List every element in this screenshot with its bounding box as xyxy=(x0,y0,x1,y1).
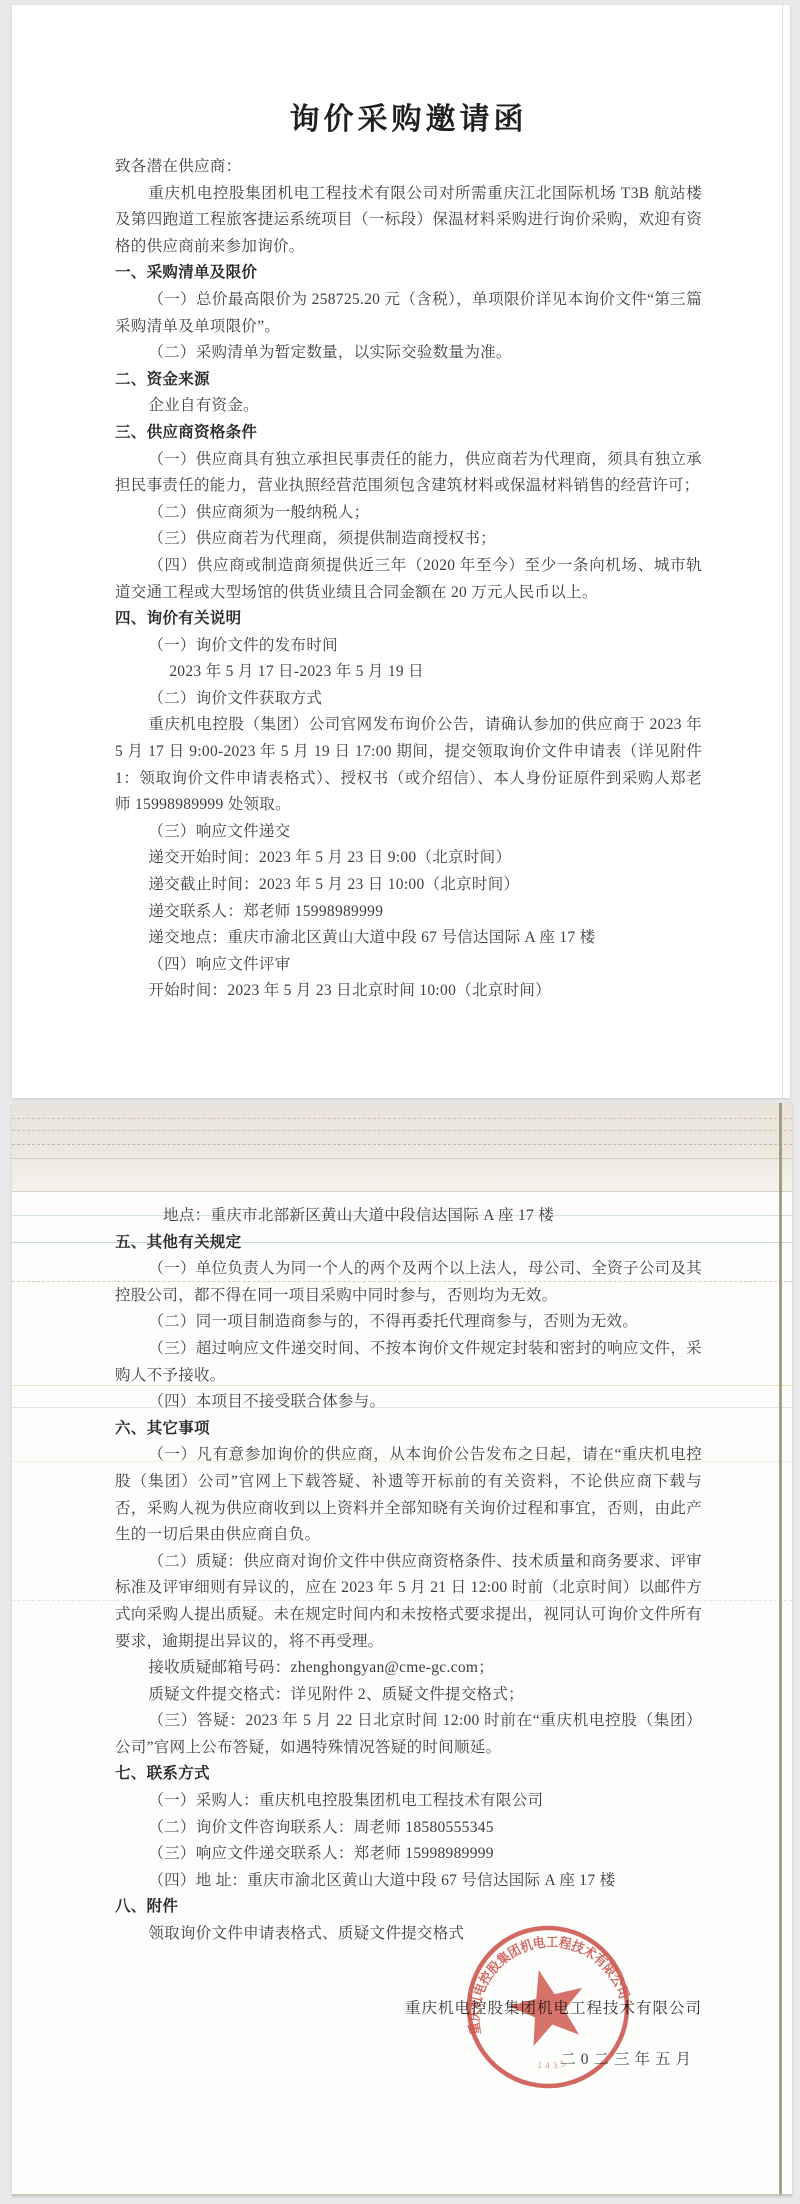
paragraph: （三）答疑：2023 年 5 月 22 日北京时间 12:00 时前在“重庆机电… xyxy=(115,1708,702,1761)
paragraph: （一）凡有意参加询价的供应商，从本询价公告发布之日起，请在“重庆机电控股（集团）… xyxy=(115,1442,702,1548)
section-heading: 六、其它事项 xyxy=(115,1416,702,1443)
paragraph: （四）本项目不接受联合体参与。 xyxy=(115,1389,702,1416)
paragraph: （二）质疑：供应商对询价文件中供应商资格条件、技术质量和商务要求、评审标准及评审… xyxy=(115,1549,702,1655)
page-1-content: 询价采购邀请函致各潜在供应商：重庆机电控股集团机电工程技术有限公司对所需重庆江北… xyxy=(12,5,790,1005)
paragraph: （四）地 址：重庆市渝北区黄山大道中段 67 号信达国际 A 座 17 楼 xyxy=(115,1868,702,1895)
paragraph: 递交联系人：郑老师 15998989999 xyxy=(115,899,702,926)
paragraph: 开始时间：2023 年 5 月 23 日北京时间 10:00（北京时间） xyxy=(115,978,702,1005)
paragraph: （一）总价最高限价为 258725.20 元（含税），单项限价详见本询价文件“第… xyxy=(115,287,702,340)
page-edge-line xyxy=(779,1103,782,2196)
paragraph: 重庆机电控股（集团）公司官网发布询价公告，请确认参加的供应商于 2023 年 5… xyxy=(115,712,702,818)
paragraph: （二）询价文件咨询联系人：周老师 18580555345 xyxy=(115,1815,702,1842)
paragraph: 递交地点：重庆市渝北区黄山大道中段 67 号信达国际 A 座 17 楼 xyxy=(115,925,702,952)
seal-number-text: 1435 xyxy=(535,2054,570,2075)
page-edge-line xyxy=(12,2194,792,2196)
svg-text:1435: 1435 xyxy=(535,2054,570,2075)
paragraph: （二）询价文件获取方式 xyxy=(115,686,702,713)
paragraph: （二）采购清单为暂定数量，以实际交验数量为准。 xyxy=(115,340,702,367)
paragraph: （一）供应商具有独立承担民事责任的能力，供应商若为代理商，须具有独立承担民事责任… xyxy=(115,447,702,500)
paragraph: （四）响应文件评审 xyxy=(115,952,702,979)
paragraph: 接收质疑邮箱号码：zhenghongyan@cme-gc.com； xyxy=(115,1655,702,1682)
salutation-line: 致各潜在供应商： xyxy=(115,154,702,181)
scanned-page-1: 询价采购邀请函致各潜在供应商：重庆机电控股集团机电工程技术有限公司对所需重庆江北… xyxy=(12,5,790,1098)
paragraph: 质疑文件提交格式：详见附件 2、质疑文件提交格式； xyxy=(115,1682,702,1709)
date-line: 2023 年 5 月 17 日-2023 年 5 月 19 日 xyxy=(115,659,702,686)
paragraph: 递交截止时间：2023 年 5 月 23 日 10:00（北京时间） xyxy=(115,872,702,899)
section-heading: 三、供应商资格条件 xyxy=(115,420,702,447)
paragraph: 递交开始时间：2023 年 5 月 23 日 9:00（北京时间） xyxy=(115,845,702,872)
section-heading: 五、其他有关规定 xyxy=(115,1230,702,1257)
address-line: 地点：重庆市北部新区黄山大道中段信达国际 A 座 17 楼 xyxy=(115,1203,702,1230)
paragraph: 企业自有资金。 xyxy=(115,393,702,420)
section-heading: 二、资金来源 xyxy=(115,367,702,394)
paragraph: （一）采购人：重庆机电控股集团机电工程技术有限公司 xyxy=(115,1788,702,1815)
paragraph: 重庆机电控股集团机电工程技术有限公司对所需重庆江北国际机场 T3B 航站楼及第四… xyxy=(115,181,702,261)
paragraph: （三）供应商若为代理商，须提供制造商授权书； xyxy=(115,526,702,553)
section-heading: 七、联系方式 xyxy=(115,1761,702,1788)
paragraph: （三）响应文件递交 xyxy=(115,819,702,846)
paragraph: （二）供应商须为一般纳税人； xyxy=(115,500,702,527)
paragraph: （二）同一项目制造商参与的，不得再委托代理商参与，否则为无效。 xyxy=(115,1309,702,1336)
page-2-content: 地点：重庆市北部新区黄山大道中段信达国际 A 座 17 楼五、其他有关规定（一）… xyxy=(12,1103,792,2074)
paragraph: （一）询价文件的发布时间 xyxy=(115,633,702,660)
scanned-page-2: 地点：重庆市北部新区黄山大道中段信达国际 A 座 17 楼五、其他有关规定（一）… xyxy=(12,1103,792,2196)
paragraph: （一）单位负责人为同一个人的两个及两个以上法人，母公司、全资子公司及其控股公司，… xyxy=(115,1256,702,1309)
section-heading: 四、询价有关说明 xyxy=(115,606,702,633)
paragraph: （四）供应商或制造商须提供近三年（2020 年至今）至少一条向机场、城市轨道交通… xyxy=(115,553,702,606)
document-title: 询价采购邀请函 xyxy=(115,99,702,141)
section-heading: 一、采购清单及限价 xyxy=(115,260,702,287)
paragraph: （三）响应文件递交联系人：郑老师 15998989999 xyxy=(115,1841,702,1868)
paragraph: （三）超过响应文件递交时间、不按本询价文件规定封装和密封的响应文件，采购人不予接… xyxy=(115,1336,702,1389)
seal-star-icon xyxy=(502,1961,593,2050)
